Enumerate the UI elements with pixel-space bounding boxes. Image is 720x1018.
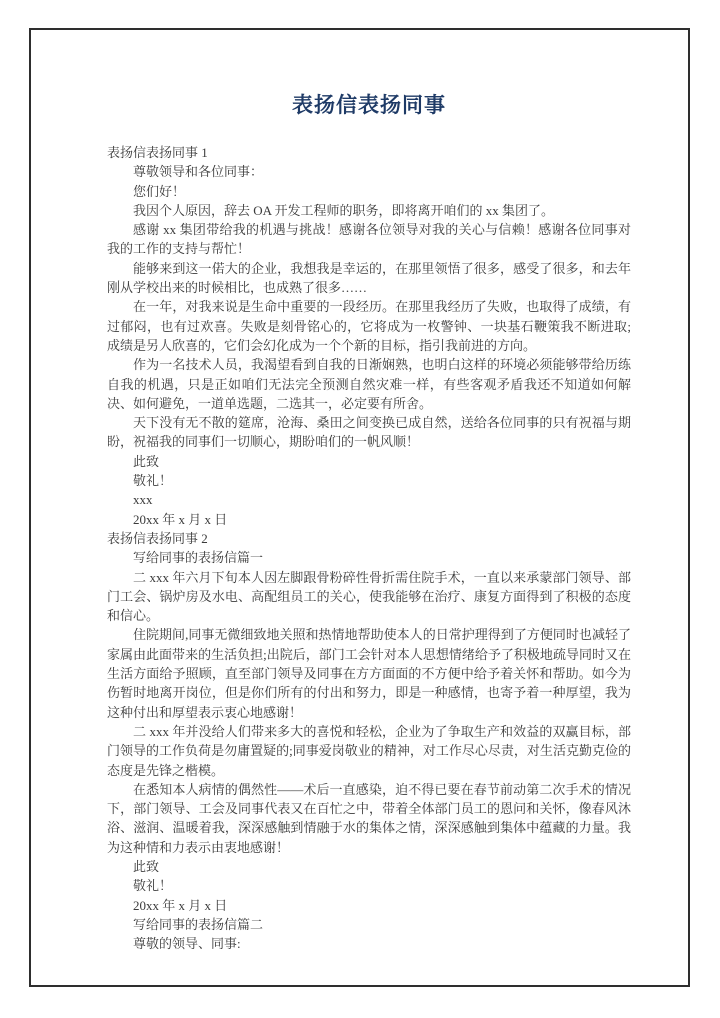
paragraph: 20xx 年 x 月 x 日 [107,510,631,529]
paragraph: 尊敬的领导、同事: [107,934,631,953]
paragraph: 敬礼！ [107,471,631,490]
paragraph: 住院期间,同事无微细致地关照和热情地帮助使本人的日常护理得到了方便同时也减轻了家… [107,625,631,721]
paragraph: 写给同事的表扬信篇一 [107,548,631,567]
paragraph: 天下没有无不散的筵席，沧海、桑田之间变换已成自然，送给各位同事的只有祝福与期盼，… [107,413,631,452]
paragraph: 您们好！ [107,182,631,201]
document-body: 表扬信表扬同事 1尊敬领导和各位同事：您们好！我因个人原因，辞去 OA 开发工程… [107,143,631,953]
paragraph: 在一年，对我来说是生命中重要的一段经历。在那里我经历了失败，也取得了成绩，有过郁… [107,297,631,355]
paragraph: 写给同事的表扬信篇二 [107,915,631,934]
paragraph: 能够来到这一偌大的企业，我想我是幸运的，在那里领悟了很多，感受了很多，和去年刚从… [107,259,631,298]
document-title: 表扬信表扬同事 [107,93,631,117]
paragraph: 此致 [107,452,631,471]
document-content: 表扬信表扬同事 表扬信表扬同事 1尊敬领导和各位同事：您们好！我因个人原因，辞去… [107,93,631,953]
paragraph: 此致 [107,857,631,876]
paragraph: 在悉知本人病情的偶然性——术后一直感染，迫不得已要在春节前动第二次手术的情况下，… [107,780,631,857]
paragraph: 敬礼！ [107,876,631,895]
paragraph: 20xx 年 x 月 x 日 [107,896,631,915]
paragraph: 我因个人原因，辞去 OA 开发工程师的职务，即将离开咱们的 xx 集团了。 [107,201,631,220]
paragraph: 作为一名技术人员，我渴望看到自我的日渐娴熟，也明白这样的环境必须能够带给历练自我… [107,355,631,413]
section-heading: 表扬信表扬同事 1 [107,143,631,162]
document-page: 表扬信表扬同事 表扬信表扬同事 1尊敬领导和各位同事：您们好！我因个人原因，辞去… [0,0,720,1018]
paragraph: 二 xxx 年并没给人们带来多大的喜悦和轻松，企业为了争取生产和效益的双赢目标，… [107,722,631,780]
section-heading: 表扬信表扬同事 2 [107,529,631,548]
paragraph: 尊敬领导和各位同事： [107,162,631,181]
paragraph: 二 xxx 年六月下旬本人因左脚跟骨粉碎性骨折需住院手术，一直以来承蒙部门领导、… [107,568,631,626]
paragraph: xxx [107,490,631,509]
paragraph: 感谢 xx 集团带给我的机遇与挑战！感谢各位领导对我的关心与信赖！感谢各位同事对… [107,220,631,259]
